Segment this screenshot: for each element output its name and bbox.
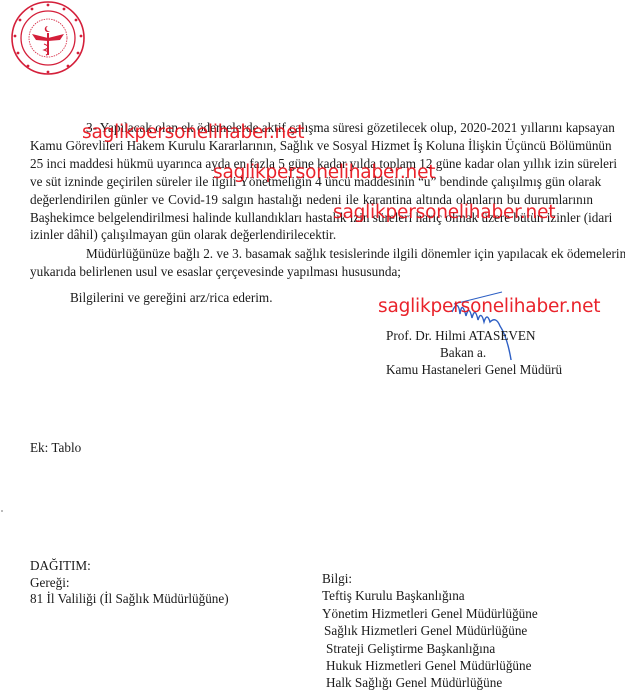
watermark: saglikpersonelihaber.net: [333, 202, 555, 223]
paragraph2-line-2: yukarıda belirlenen usul ve esaslar çerç…: [30, 263, 593, 281]
ministry-of-health-logo-icon: [8, 0, 88, 78]
action-recipient: 81 İl Valiliği (İl Sağlık Müdürlüğüne): [30, 591, 229, 608]
info-recipient: Hukuk Hizmetleri Genel Müdürlüğüne: [322, 657, 538, 674]
info-recipient: Teftiş Kurulu Başkanlığına: [322, 587, 538, 604]
signer-on-behalf: Bakan a.: [386, 344, 562, 361]
info-recipient: Yönetim Hizmetleri Genel Müdürlüğüne: [322, 605, 538, 622]
info-recipient: Strateji Geliştirme Başkanlığına: [322, 640, 538, 657]
watermark: saglikpersonelihaber.net: [378, 296, 600, 317]
info-recipients-block: Bilgi: Teftiş Kurulu Başkanlığına Yöneti…: [322, 570, 538, 690]
distribution-block: DAĞITIM: Gereği: 81 İl Valiliği (İl Sağl…: [30, 558, 229, 608]
action-label: Gereği:: [30, 575, 229, 592]
paragraph-mudurluk-talimat: Müdürlüğünüze bağlı 2. ve 3. basamak sağ…: [30, 245, 593, 281]
paragraph1-line-7: izinler dâhil) çalışılmayan gün olarak d…: [30, 226, 593, 244]
attachment-label: Ek: Tablo: [30, 440, 81, 456]
distribution-heading: DAĞITIM:: [30, 558, 229, 575]
info-recipient: Halk Sağlığı Genel Müdürlüğüne: [322, 674, 538, 690]
watermark: saglikpersonelihaber.net: [82, 122, 304, 143]
signer-name: Prof. Dr. Hilmi ATASEVEN: [386, 327, 562, 344]
paragraph2-line-1: Müdürlüğünüze bağlı 2. ve 3. basamak sağ…: [86, 246, 625, 261]
watermark: saglikpersonelihaber.net: [213, 162, 435, 183]
scan-speck: [1, 510, 3, 512]
signature-block: Prof. Dr. Hilmi ATASEVEN Bakan a. Kamu H…: [386, 327, 562, 378]
signer-position: Kamu Hastaneleri Genel Müdürü: [386, 361, 562, 378]
info-recipient: Sağlık Hizmetleri Genel Müdürlüğüne: [322, 622, 538, 639]
info-label: Bilgi:: [322, 570, 538, 587]
closing-sentence: Bilgilerini ve gereğini arz/rica ederim.: [70, 290, 273, 306]
